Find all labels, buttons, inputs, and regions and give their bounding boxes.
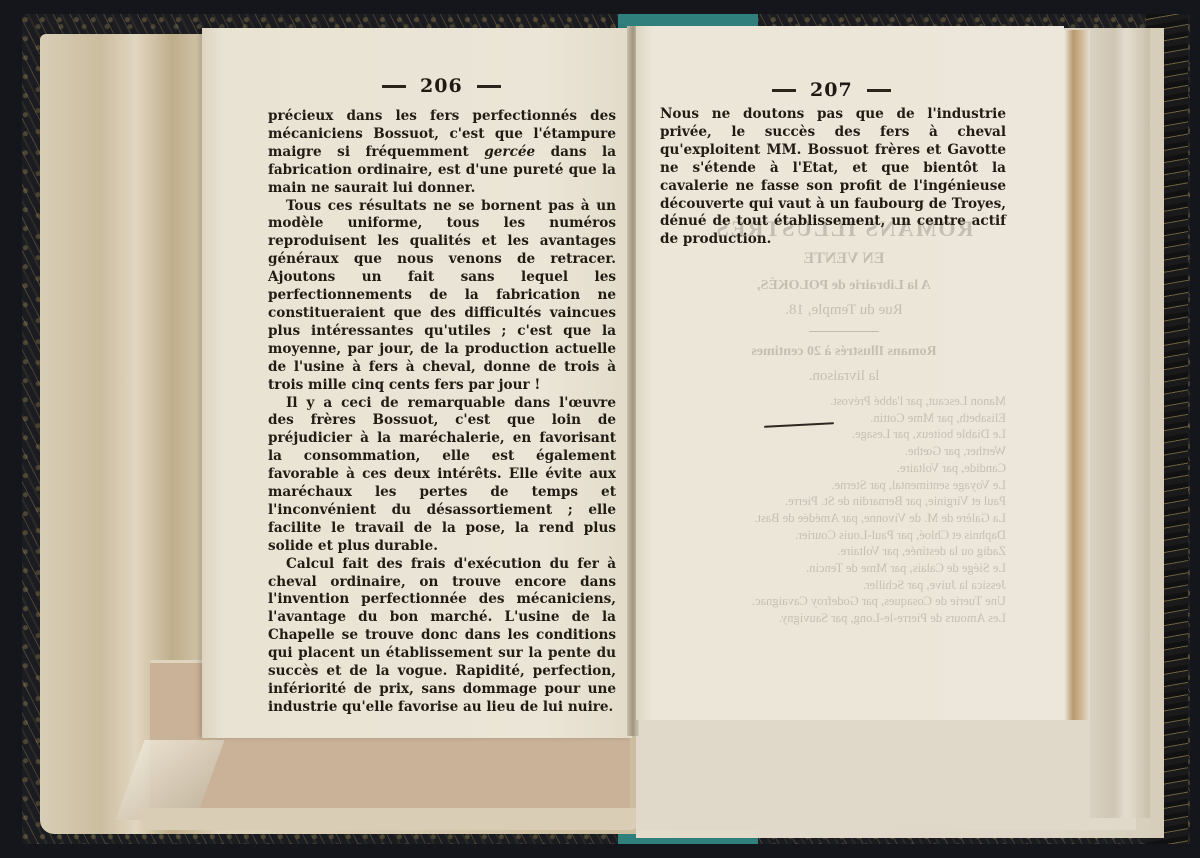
folio-number: 207 bbox=[810, 79, 853, 101]
right-endpaper-fold bbox=[1090, 28, 1150, 818]
list-item: Le Voyage sentimental, par Sterne. bbox=[664, 477, 1006, 494]
show-through-price: Romans Illustrés à 20 centimes bbox=[664, 344, 1024, 360]
show-through-title: ROMANS ILLUSTRÉS bbox=[664, 216, 1024, 242]
list-item: Elisabeth, par Mme Cottin. bbox=[664, 410, 1006, 427]
list-item: Daphnis et Chloé, par Paul-Louis Courier… bbox=[664, 527, 1006, 544]
folio-number: 206 bbox=[420, 75, 463, 97]
list-item: Zadig ou la destinée, par Voltaire. bbox=[664, 543, 1006, 560]
right-stained-fold bbox=[1064, 30, 1090, 720]
page-number-left: 206 bbox=[382, 75, 501, 97]
folio-dash bbox=[477, 85, 501, 88]
left-page: 206 précieux dans les fers perfectionnés… bbox=[202, 28, 632, 738]
show-through-bookseller: A la Librairie de POLOKÉS, bbox=[664, 278, 1024, 294]
paragraph: Calcul fait des frais d'exécution du fer… bbox=[268, 556, 616, 717]
right-under-leaf bbox=[636, 712, 1136, 830]
list-item: Manon Lescaut, par l'abbé Prévost. bbox=[664, 393, 1006, 410]
show-through-title-list: Manon Lescaut, par l'abbé Prévost. Elisa… bbox=[664, 393, 1024, 627]
italic-word: gercée bbox=[484, 144, 535, 160]
list-item: Le Diable boiteux, par Lesage. bbox=[664, 426, 1006, 443]
list-item: Werther, par Gœthe. bbox=[664, 443, 1006, 460]
show-through-address: Rue du Temple, 18. bbox=[664, 302, 1024, 319]
list-item: Candide, par Voltaire. bbox=[664, 460, 1006, 477]
list-item: La Galère de M. de Vivonne, par Amédée d… bbox=[664, 510, 1006, 527]
list-item: Les Amours de Pierre-le-Long, par Sauvig… bbox=[664, 610, 1006, 627]
folio-dash bbox=[382, 85, 406, 88]
list-item: Le Siége de Calais, par Mme de Tencin. bbox=[664, 560, 1006, 577]
right-page: 207 Nous ne doutons pas que de l'industr… bbox=[636, 26, 1064, 720]
paragraph: Tous ces résultats ne se bornent pas à u… bbox=[268, 198, 616, 395]
folio-dash bbox=[867, 89, 891, 92]
paragraph: Il y a ceci de remarquable dans l'œuvre … bbox=[268, 395, 616, 556]
folio-dash bbox=[772, 89, 796, 92]
show-through-rule bbox=[809, 331, 879, 332]
list-item: Une Tuerie de Cosaques, par Godefroy Cav… bbox=[664, 593, 1006, 610]
left-bottom-edge bbox=[140, 808, 640, 830]
verso-show-through: ROMANS ILLUSTRÉS EN VENTE A la Librairie… bbox=[664, 216, 1024, 627]
page-number-right: 207 bbox=[772, 79, 891, 101]
show-through-subtitle: EN VENTE bbox=[664, 250, 1024, 268]
list-item: Paul et Virginie, par Bernardin de St. P… bbox=[664, 493, 1006, 510]
list-item: Jessica la Juive, par Schiller. bbox=[664, 577, 1006, 594]
left-page-body: précieux dans les fers perfectionnés des… bbox=[268, 108, 616, 717]
show-through-per-issue: la livraison. bbox=[664, 368, 1024, 385]
paragraph: précieux dans les fers perfectionnés des… bbox=[268, 108, 616, 198]
book-photo: 206 précieux dans les fers perfectionnés… bbox=[0, 0, 1200, 858]
